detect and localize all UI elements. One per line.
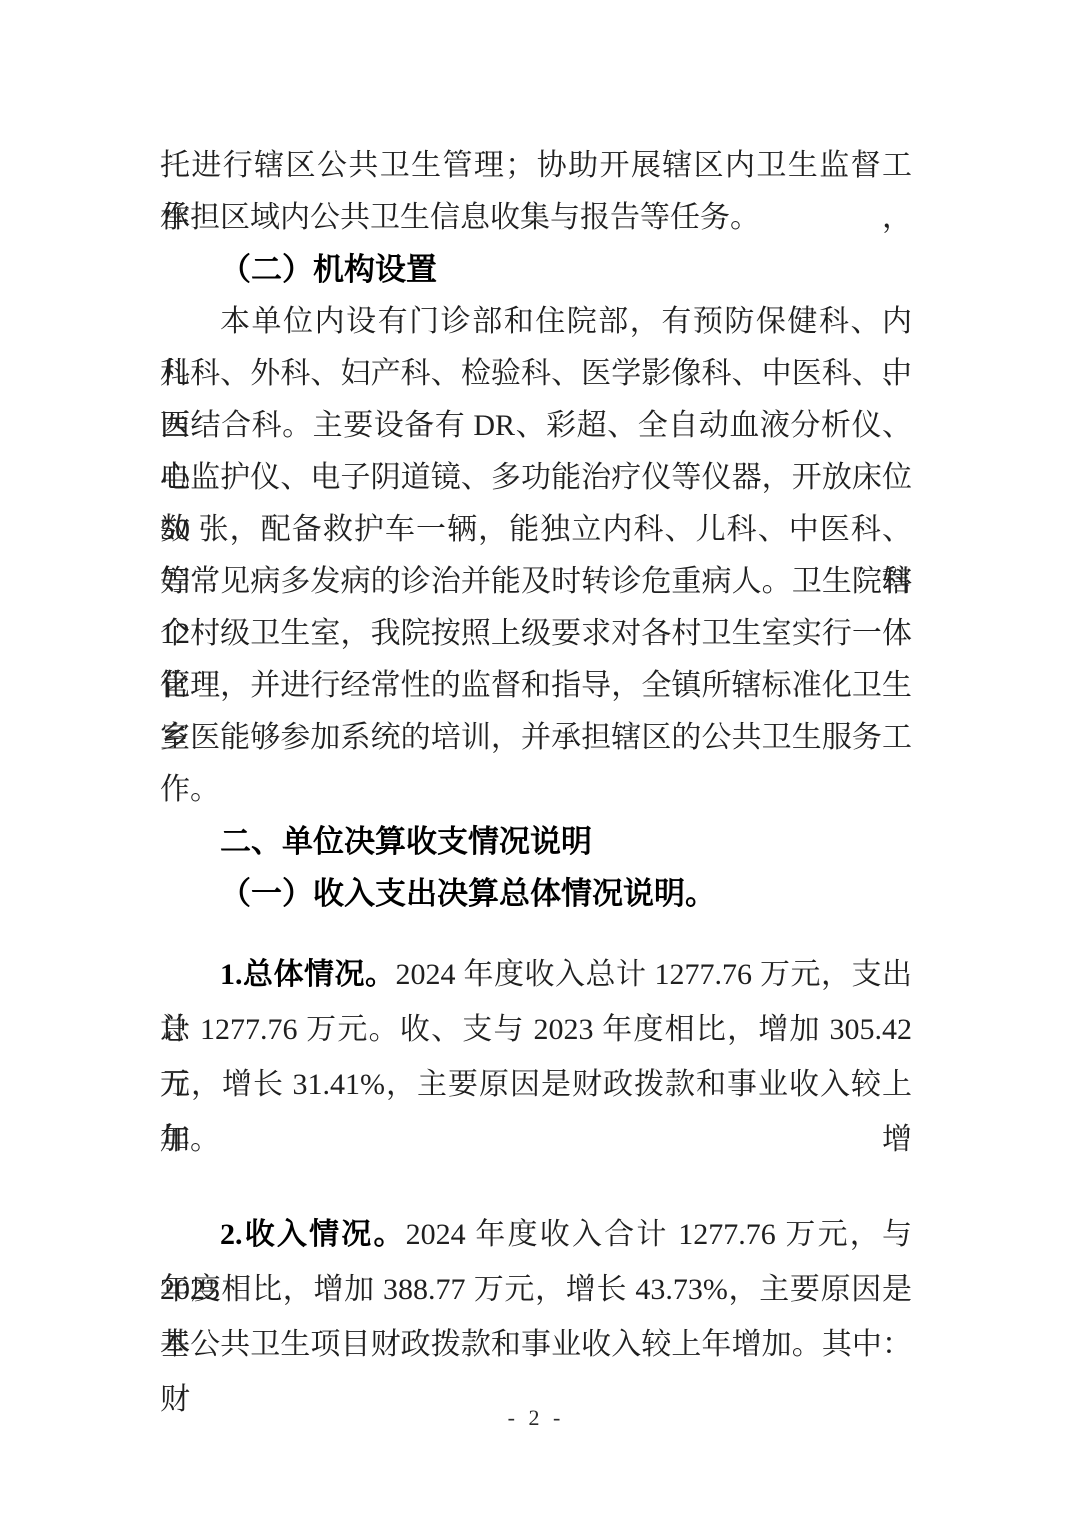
- org-setup-line: 本单位内设有门诊部和住院部，有预防保健科、内科、: [160, 296, 912, 348]
- page-number-footer: - 2 -: [160, 1402, 912, 1434]
- org-setup-line: 电监护仪、电子阴道镜、多功能治疗仪等仪器，开放床位数: [160, 452, 912, 504]
- org-setup-line: 个村级卫生室，我院按照上级要求对各村卫生室实行一体化: [160, 608, 912, 660]
- document-page: 托进行辖区公共卫生管理；协助开展辖区内卫生监督工作， 承担区域内公共卫生信息收集…: [0, 0, 1075, 1520]
- overall-paragraph-line: 元，增长 31.41%，主要原因是财政拨款和事业收入较上年增: [160, 1057, 912, 1112]
- org-setup-line: 作。: [160, 764, 912, 816]
- section2-sub-heading: （一）收入支出决算总体情况说明。: [160, 868, 912, 920]
- income-paragraph-line: 年度相比，增加 388.77 万元，增长 43.73%，主要原因是基: [160, 1262, 912, 1317]
- income-paragraph-line: 本公共卫生项目财政拨款和事业收入较上年增加。其中：财: [160, 1317, 912, 1372]
- income-label: 2.收入情况。: [220, 1218, 406, 1251]
- org-setup-line: 乡医能够参加系统的培训，并承担辖区的公共卫生服务工: [160, 712, 912, 764]
- section2-heading: 二、单位决算收支情况说明: [160, 816, 912, 868]
- intro-paragraph-line: 托进行辖区公共卫生管理；协助开展辖区内卫生监督工作，: [160, 140, 912, 192]
- org-setup-line: 50 张，配备救护车一辆，能独立内科、儿科、中医科、妇科: [160, 504, 912, 556]
- org-setup-heading: （二）机构设置: [160, 244, 912, 296]
- org-setup-line: 儿科、外科、妇产科、检验科、医学影像科、中医科、中西: [160, 348, 912, 400]
- overall-paragraph-line: 计 1277.76 万元。收、支与 2023 年度相比，增加 305.42 万: [160, 1002, 912, 1057]
- overall-paragraph-line: 1.总体情况。2024 年度收入总计 1277.76 万元，支出总: [160, 947, 912, 1002]
- org-setup-line: 管理，并进行经常性的监督和指导，全镇所辖标准化卫生室: [160, 660, 912, 712]
- overall-label: 1.总体情况。: [220, 958, 396, 991]
- org-setup-line: 医结合科。主要设备有 DR、彩超、全自动血液分析仪、心: [160, 400, 912, 452]
- income-paragraph-line: 2.收入情况。2024 年度收入合计 1277.76 万元，与 2023: [160, 1207, 912, 1262]
- org-setup-line: 等常见病多发病的诊治并能及时转诊危重病人。卫生院辖 12: [160, 556, 912, 608]
